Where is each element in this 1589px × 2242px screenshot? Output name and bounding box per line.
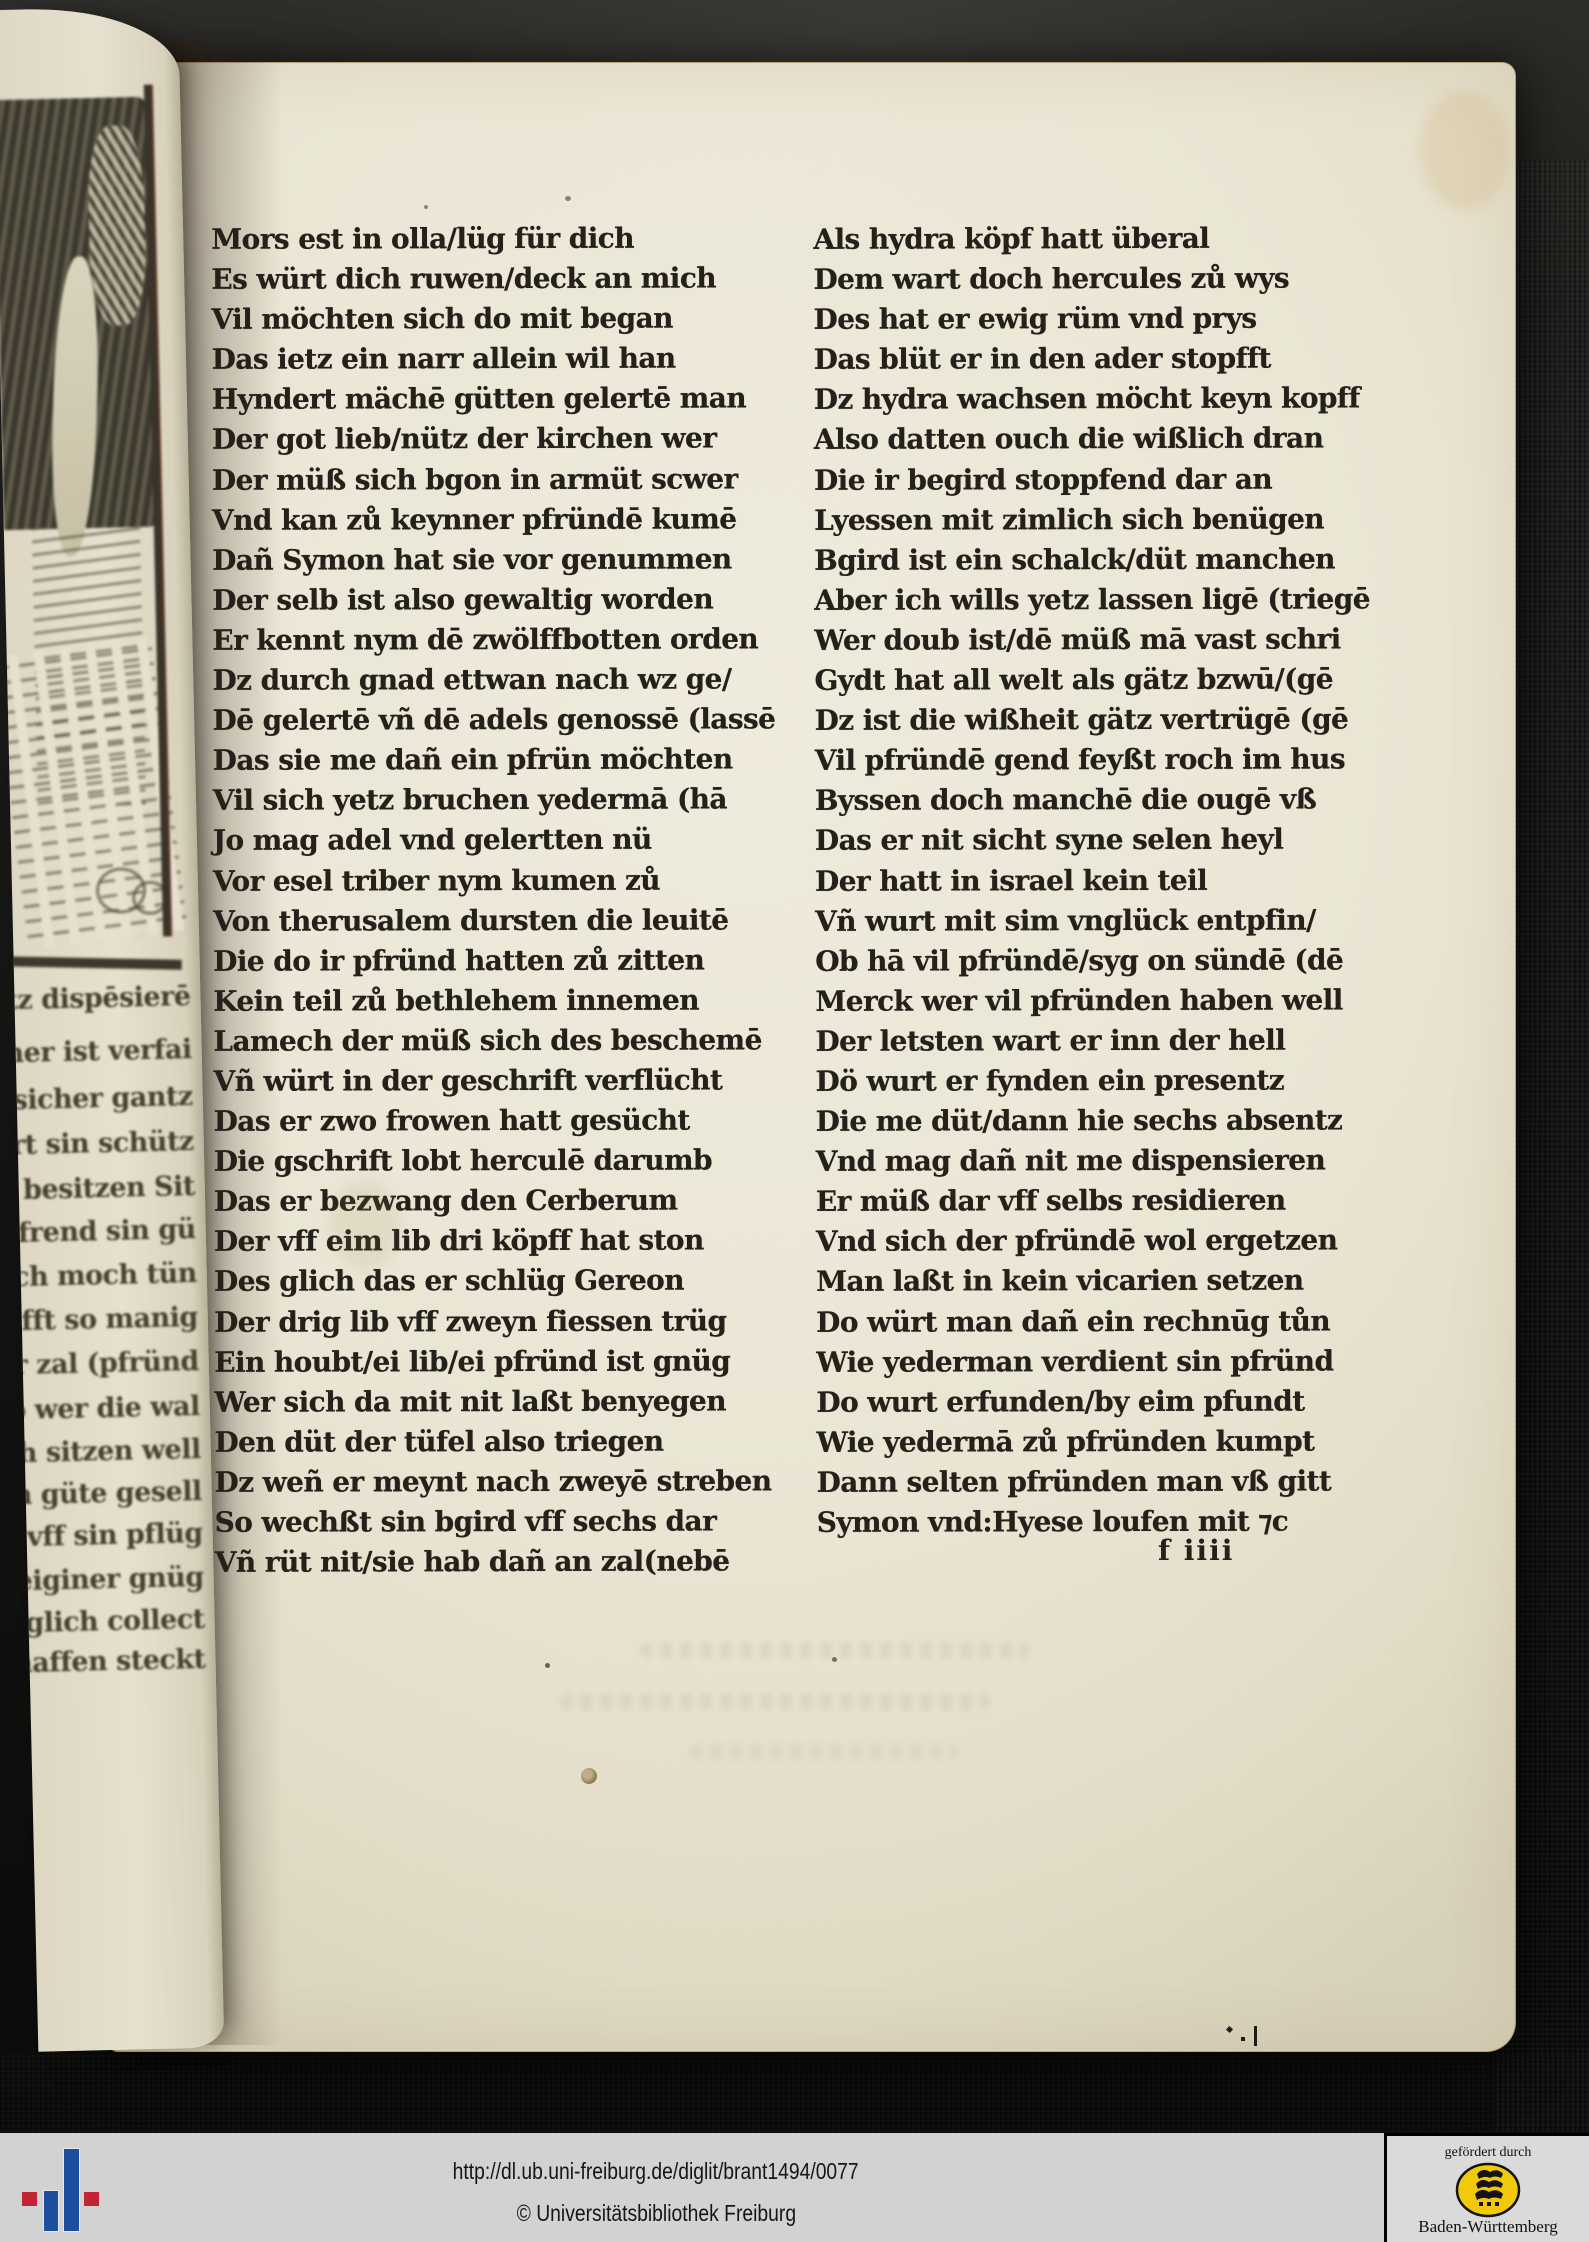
text-line: Ob hā vil pfründē/syg on sündē (dē	[815, 940, 1440, 982]
text-line: Bgird ist ein schalck/düt manchen	[814, 539, 1439, 581]
text-line: Do wurt erfunden/by eim pfundt	[816, 1381, 1441, 1423]
text-line: Man laßt in kein vicarien setzen	[816, 1261, 1441, 1303]
funding-region-label: Baden-Württemberg	[1387, 2217, 1589, 2237]
text-fragment: tz dispēsierē	[5, 981, 191, 1016]
ub-freiburg-logo-icon	[63, 2148, 80, 2232]
book-cover-fabric	[0, 2052, 1589, 2132]
text-fragment: m pfrend sin gü	[0, 1214, 196, 1250]
ub-freiburg-logo-icon	[84, 2192, 99, 2206]
text-line: Den düt der tüfel also triegen	[214, 1421, 819, 1463]
paper-speck	[565, 196, 571, 201]
paper-speck	[545, 1663, 550, 1668]
text-line: Als hydra köpf hatt überal	[813, 218, 1438, 260]
text-line: Also datten ouch die wißlich dran	[814, 419, 1439, 461]
text-fragment: ede vff sin pflüg	[0, 1518, 203, 1554]
show-through-smudge	[640, 1642, 1030, 1658]
text-line: Vil möchten sich do mit began	[211, 298, 816, 340]
text-line: Der letsten wart er inn der hell	[815, 1020, 1440, 1062]
text-line: Des glich das er schlüg Gereon	[214, 1261, 819, 1303]
text-line: Der müß sich bgon in armüt scwer	[212, 459, 817, 501]
text-fragment: t um haffen steckt	[0, 1644, 206, 1681]
ub-freiburg-logo-icon	[22, 2192, 37, 2206]
text-line: Aber ich wills yetz lassen ligē (triegē	[814, 579, 1439, 621]
text-line: Der drig lib vff zweyn fiessen trüg	[214, 1301, 819, 1343]
text-line: Es würt dich ruwen/deck an mich	[211, 258, 816, 300]
text-line: Vñ wurt mit sim vnglück entpfin/	[815, 900, 1440, 942]
text-fragment: an der zal (pfründ	[0, 1346, 199, 1383]
text-line: Die me düt/dann hie sechs absentz	[816, 1100, 1441, 1142]
quire-signature-mark: f iiii	[1158, 1534, 1234, 1567]
wormhole	[581, 1768, 597, 1784]
text-line: Ein houbt/ei lib/ei pfründ ist gnüg	[214, 1341, 819, 1383]
text-line: Mors est in olla/lüg für dich	[211, 218, 816, 260]
text-line: Vnd mag dañ nit me dispensieren	[816, 1140, 1441, 1182]
text-line: Gydt hat all welt als gätz bzwū/(gē	[814, 659, 1439, 701]
text-line: Vñ würt in der geschrift verflücht	[213, 1060, 818, 1102]
text-line: Das ietz ein narr allein wil han	[212, 338, 817, 380]
text-line: Vor esel triber nym kumen zů	[213, 860, 818, 902]
text-line: Jo mag adel vnd gelertten nü	[213, 820, 818, 862]
copyright-text: © Universitätsbibliothek Freiburg	[0, 2200, 1312, 2227]
scanned-book-page-viewer: tz dispēsierēmanicher ist verfair sy sic…	[0, 0, 1589, 2242]
text-line: Des hat er ewig rüm vnd prys	[813, 298, 1438, 340]
text-line: Dz hydra wachsen möcht keyn kopff	[814, 379, 1439, 421]
text-line: Das sie me dañ ein pfrün möchten	[213, 739, 818, 781]
paper-speck	[424, 205, 428, 209]
text-line: Dem wart doch hercules zů wys	[813, 258, 1438, 300]
text-line: Dañ Symon hat sie vor genummen	[212, 539, 817, 581]
text-line: Vil sich yetz bruchen yedermā (hā	[213, 780, 818, 822]
document-url: http://dl.ub.uni-freiburg.de/diglit/bran…	[0, 2158, 1312, 2185]
text-line: Der vff eim lib dri köpff hat ston	[214, 1221, 819, 1263]
text-line: Do würt man dañ ein rechnūg tůn	[816, 1301, 1441, 1343]
text-line: Dö wurt er fynden ein presentz	[815, 1060, 1440, 1102]
text-line: Byssen doch manchē die ougē vß	[815, 779, 1440, 821]
text-line: Dann selten pfründen man vß gitt	[817, 1461, 1442, 1503]
ub-freiburg-logo-icon	[43, 2190, 59, 2232]
show-through-smudge	[560, 1694, 990, 1710]
text-line: Hyndert mächē gütten gelertē man	[212, 379, 817, 421]
text-fragment: o wer die wal	[8, 1391, 200, 1426]
text-line: Lamech der müß sich des beschemē	[213, 1020, 818, 1062]
text-fragment: n güte gesell	[12, 1476, 202, 1511]
text-line: Dz durch gnad ettwan nach wz ge/	[212, 659, 817, 701]
text-fragment: i rech moch tün	[0, 1258, 197, 1294]
paper-stain	[1420, 90, 1510, 210]
text-line: Das er bezwang den Cerberum	[214, 1180, 819, 1222]
text-line: Vil pfründē gend feyßt roch im hus	[815, 739, 1440, 781]
text-line: Vñ rüt nit/sie hab dañ an zal(nebē	[215, 1541, 820, 1583]
text-line: Das blüt er in den ader stopfft	[814, 338, 1439, 380]
baden-wuerttemberg-coat-of-arms-icon	[1455, 2162, 1521, 2218]
ink-mark	[1254, 2026, 1257, 2046]
text-line: Der selb ist also gewaltig worden	[212, 579, 817, 621]
text-fragment: och sitzen well	[0, 1434, 201, 1470]
text-line: Er müß dar vff selbs residieren	[816, 1180, 1441, 1222]
text-line: Lyessen mit zimlich sich benügen	[814, 499, 1439, 541]
text-fragment: manicher ist verfai	[0, 1034, 192, 1071]
text-line: Das er nit sicht syne selen heyl	[815, 820, 1440, 862]
ink-mark	[1241, 2037, 1245, 2041]
text-line: Kein teil zů bethlehem innemen	[213, 980, 818, 1022]
text-line: So wechßt sin bgird vff sechs dar	[215, 1501, 820, 1543]
text-line: Der hatt in israel kein teil	[815, 860, 1440, 902]
text-line: Die ir begird stoppfend dar an	[814, 459, 1439, 501]
show-through-smudge	[690, 1744, 960, 1760]
text-line: Der got lieb/nütz der kirchen wer	[212, 419, 817, 461]
text-line: Die gschrift lobt herculē darumb	[214, 1140, 819, 1182]
text-line: Wie yederman verdient sin pfründ	[816, 1341, 1441, 1383]
text-line: Das er zwo frowen hatt gesücht	[214, 1100, 819, 1142]
funding-panel: gefördert durch Baden-Württemberg	[1384, 2133, 1589, 2242]
text-fragment: ie koufft so manig	[0, 1302, 198, 1339]
text-line: Wer sich da mit nit laßt benyegen	[214, 1381, 819, 1423]
text-line: Wer doub ist/dē müß mā vast schri	[814, 619, 1439, 661]
text-line: Merck wer vil pfründen haben well	[815, 980, 1440, 1022]
text-line: Wie yedermā zů pfründen kumpt	[816, 1421, 1441, 1463]
text-fragment: ck wurt sin schütz	[0, 1126, 194, 1163]
text-fragment: r sy sicher gantz	[0, 1081, 193, 1117]
text-line: Dz ist die wißheit gätz vertrügē (gē	[815, 699, 1440, 741]
paper-stain	[330, 1180, 400, 1270]
text-fragment: oeglich collect	[0, 1604, 205, 1640]
text-line: Symon vnd:Hyese loufen mit ⁊c	[817, 1501, 1442, 1543]
text-line: Vnd sich der pfründē wol ergetzen	[816, 1221, 1441, 1263]
text-line: Von therusalem dursten die leuitē	[213, 900, 818, 942]
funding-label: gefördert durch	[1387, 2145, 1589, 2161]
text-column-right: Als hydra köpf hatt überalDem wart doch …	[813, 218, 1441, 1543]
text-column-left: Mors est in olla/lüg für dichEs würt dic…	[211, 218, 820, 1583]
text-line: Dz weñ er meynt nach zweyē streben	[214, 1461, 819, 1503]
paper-speck	[832, 1657, 837, 1662]
text-line: Er kennt nym dē zwölffbotten orden	[212, 619, 817, 661]
text-line: Dē gelertē vñ dē adels genossē (lassē	[212, 699, 817, 741]
text-line: Vnd kan zů keynner pfründē kumē	[212, 499, 817, 541]
text-fragment: eiginer gnüg	[15, 1562, 204, 1597]
text-fragment: nden besitzen Sit	[0, 1171, 195, 1208]
text-line: Die do ir pfründ hatten zů zitten	[213, 940, 818, 982]
